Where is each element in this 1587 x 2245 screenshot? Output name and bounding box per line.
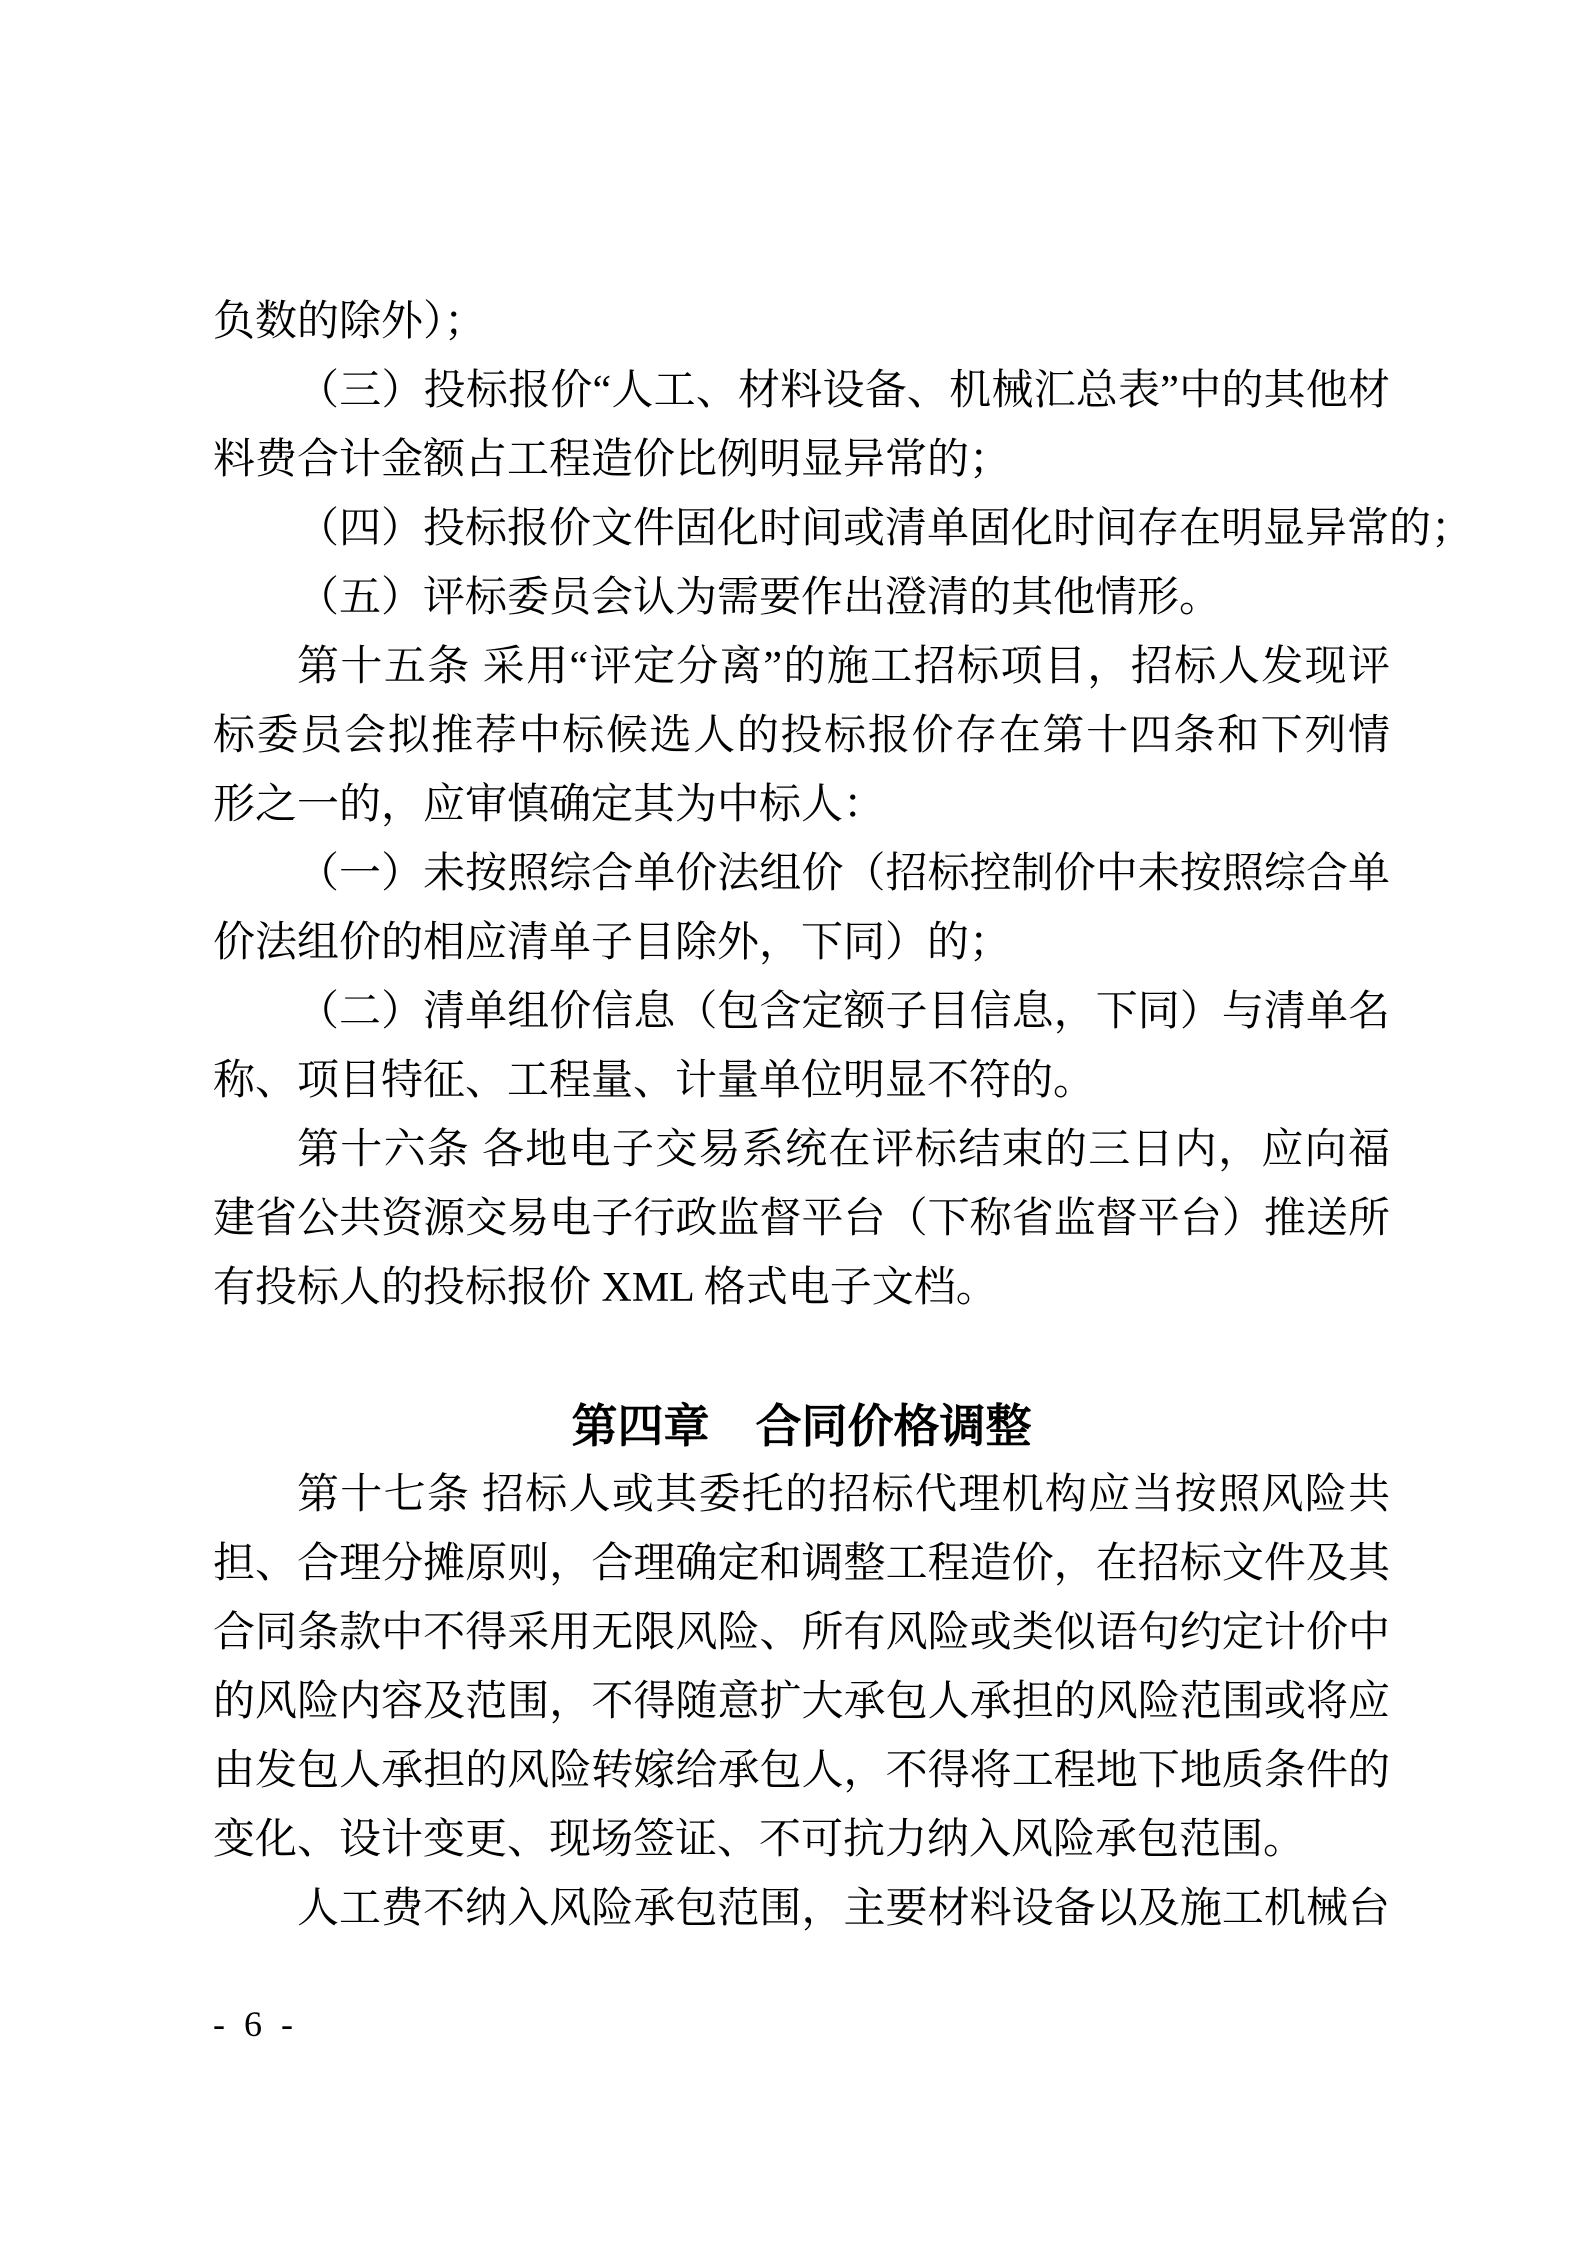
text-line: （五）评标委员会认为需要作出澄清的其他情形。: [213, 564, 1390, 633]
text-line: 人工费不纳入风险承包范围，主要材料设备以及施工机械台: [213, 1875, 1390, 1944]
text-line: 的风险内容及范围，不得随意扩大承包人承担的风险范围或将应: [213, 1668, 1390, 1737]
text-line: 负数的除外）；: [213, 288, 1390, 357]
chapter-heading: 第四章 合同价格调整: [213, 1392, 1390, 1461]
text-line: 称、项目特征、工程量、计量单位明显不符的。: [213, 1047, 1390, 1116]
text-line: 合同条款中不得采用无限风险、所有风险或类似语句约定计价中: [213, 1599, 1390, 1668]
text-line: 有投标人的投标报价 XML 格式电子文档。: [213, 1254, 1390, 1323]
text-line: （二）清单组价信息（包含定额子目信息，下同）与清单名: [213, 978, 1390, 1047]
text-line: 担、合理分摊原则，合理确定和调整工程造价，在招标文件及其: [213, 1530, 1390, 1599]
text-line: 形之一的，应审慎确定其为中标人：: [213, 771, 1390, 840]
document-page: 负数的除外）；（三）投标报价“人工、材料设备、机械汇总表”中的其他材料费合计金额…: [0, 0, 1587, 2245]
text-line: 价法组价的相应清单子目除外，下同）的；: [213, 909, 1390, 978]
text-line: 第十六条 各地电子交易系统在评标结束的三日内，应向福: [213, 1116, 1390, 1185]
text-line: （一）未按照综合单价法组价（招标控制价中未按照综合单: [213, 840, 1390, 909]
text-line: （三）投标报价“人工、材料设备、机械汇总表”中的其他材: [213, 357, 1390, 426]
page-number: - 6 -: [213, 2002, 298, 2046]
blank-line: [213, 1323, 1390, 1392]
text-line: 第十七条 招标人或其委托的招标代理机构应当按照风险共: [213, 1461, 1390, 1530]
text-line: 第十五条 采用“评定分离”的施工招标项目，招标人发现评: [213, 633, 1390, 702]
text-line: 建省公共资源交易电子行政监督平台（下称省监督平台）推送所: [213, 1185, 1390, 1254]
text-line: 变化、设计变更、现场签证、不可抗力纳入风险承包范围。: [213, 1806, 1390, 1875]
document-body: 负数的除外）；（三）投标报价“人工、材料设备、机械汇总表”中的其他材料费合计金额…: [213, 288, 1390, 1944]
text-line: 料费合计金额占工程造价比例明显异常的；: [213, 426, 1390, 495]
text-line: 由发包人承担的风险转嫁给承包人，不得将工程地下地质条件的: [213, 1737, 1390, 1806]
text-line: （四）投标报价文件固化时间或清单固化时间存在明显异常的；: [213, 495, 1390, 564]
text-line: 标委员会拟推荐中标候选人的投标报价存在第十四条和下列情: [213, 702, 1390, 771]
